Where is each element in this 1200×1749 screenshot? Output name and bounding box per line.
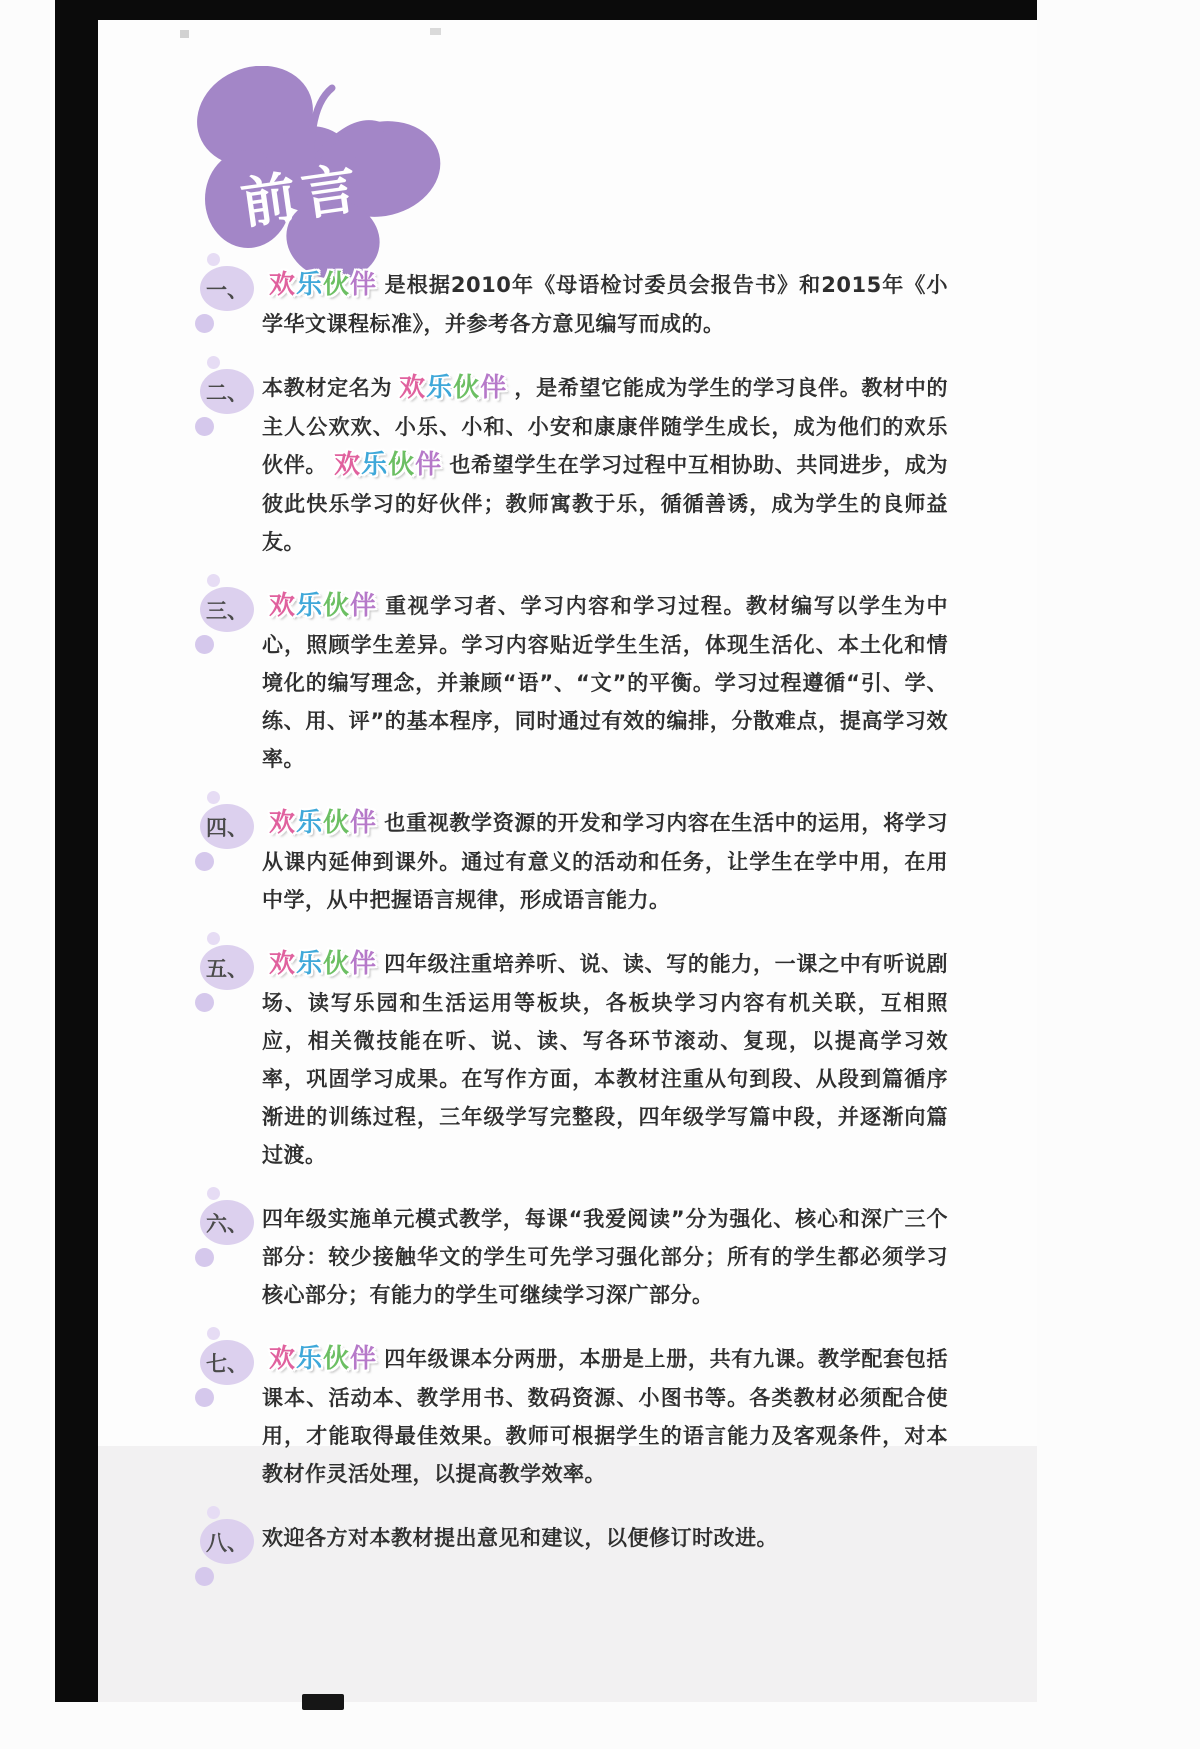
item-number-bubble-group: 四、 xyxy=(200,804,262,849)
item-number-bubble-group: 八、 xyxy=(200,1519,262,1564)
logo-char: 伴 xyxy=(350,949,377,979)
paragraph-text: 欢乐伙伴是根据2010年《母语检讨委员会报告书》和2015年《小学华文课程标准》… xyxy=(262,266,948,343)
scanned-page: 前言 一、欢乐伙伴是根据2010年《母语检讨委员会报告书》和2015年《小学华文… xyxy=(0,0,1200,1749)
bubble-dot-icon xyxy=(195,1248,214,1267)
item-number-bubble-group: 七、 xyxy=(200,1340,262,1385)
logo-char: 欢 xyxy=(269,270,296,300)
bubble-dot-icon xyxy=(195,417,214,436)
preface-item: 四、欢乐伙伴也重视教学资源的开发和学习内容在生活中的运用，将学习从课内延伸到课外… xyxy=(200,804,948,919)
butterfly-icon: 前言 xyxy=(178,66,508,284)
bubble-dot-icon xyxy=(207,791,220,804)
bubble-dot-icon xyxy=(195,852,214,871)
bubble-dot-icon xyxy=(195,314,214,333)
paragraph-text: 欢乐伙伴也重视教学资源的开发和学习内容在生活中的运用，将学习从课内延伸到课外。通… xyxy=(262,804,948,919)
logo-char: 伴 xyxy=(350,591,377,621)
item-number-bubble: 五、 xyxy=(200,945,254,990)
bubble-dot-icon xyxy=(195,1567,214,1586)
logo-char: 伴 xyxy=(350,1344,377,1374)
paragraph-text: 四年级实施单元模式教学，每课“我爱阅读”分为强化、核心和深广三个部分：较少接触华… xyxy=(262,1200,948,1314)
logo-char: 乐 xyxy=(296,949,323,979)
item-number-bubble: 一、 xyxy=(200,266,254,311)
huanle-huoban-logo: 欢乐伙伴 xyxy=(269,587,377,626)
preface-item: 七、欢乐伙伴四年级课本分两册，本册是上册，共有九课。教学配套包括课本、活动本、教… xyxy=(200,1340,948,1493)
bubble-dot-icon xyxy=(207,1187,220,1200)
bubble-dot-icon xyxy=(207,253,220,266)
item-number-bubble: 二、 xyxy=(200,369,254,414)
item-number-bubble-group: 二、 xyxy=(200,369,262,414)
huanle-huoban-logo: 欢乐伙伴 xyxy=(269,945,377,984)
item-number-bubble-group: 五、 xyxy=(200,945,262,990)
logo-char: 伙 xyxy=(323,1344,350,1374)
logo-char: 伙 xyxy=(453,373,480,403)
logo-char: 伴 xyxy=(480,373,507,403)
logo-char: 伴 xyxy=(350,270,377,300)
item-number-bubble-group: 一、 xyxy=(200,266,262,311)
logo-char: 乐 xyxy=(296,808,323,838)
preface-item: 一、欢乐伙伴是根据2010年《母语检讨委员会报告书》和2015年《小学华文课程标… xyxy=(200,266,948,343)
preface-list: 一、欢乐伙伴是根据2010年《母语检讨委员会报告书》和2015年《小学华文课程标… xyxy=(200,266,948,1590)
logo-char: 伙 xyxy=(323,270,350,300)
preface-item: 三、欢乐伙伴重视学习者、学习内容和学习过程。教材编写以学生为中心，照顾学生差异。… xyxy=(200,587,948,778)
paragraph-text: 欢乐伙伴四年级注重培养听、说、读、写的能力，一课之中有听说剧场、读写乐园和生活运… xyxy=(262,945,948,1174)
logo-char: 欢 xyxy=(334,450,361,480)
bubble-dot-icon xyxy=(207,1327,220,1340)
bubble-dot-icon xyxy=(195,1388,214,1407)
logo-char: 乐 xyxy=(296,1344,323,1374)
text-run: 四年级实施单元模式教学，每课“我爱阅读”分为强化、核心和深广三个部分：较少接触华… xyxy=(262,1207,948,1307)
bubble-dot-icon xyxy=(195,635,214,654)
bubble-dot-icon xyxy=(195,993,214,1012)
bubble-dot-icon xyxy=(207,574,220,587)
scan-artifact-bottom xyxy=(302,1694,344,1710)
logo-char: 伙 xyxy=(323,808,350,838)
logo-char: 欢 xyxy=(269,591,296,621)
item-number-bubble-group: 三、 xyxy=(200,587,262,632)
text-run: 四年级注重培养听、说、读、写的能力，一课之中有听说剧场、读写乐园和生活运用等板块… xyxy=(262,952,948,1167)
bubble-dot-icon xyxy=(207,356,220,369)
bubble-dot-icon xyxy=(207,1506,220,1519)
huanle-huoban-logo: 欢乐伙伴 xyxy=(334,446,442,485)
preface-item: 五、欢乐伙伴四年级注重培养听、说、读、写的能力，一课之中有听说剧场、读写乐园和生… xyxy=(200,945,948,1174)
scan-artifact-tick xyxy=(430,28,441,35)
logo-char: 伙 xyxy=(323,949,350,979)
preface-item: 八、欢迎各方对本教材提出意见和建议，以便修订时改进。 xyxy=(200,1519,948,1564)
logo-char: 欢 xyxy=(269,1344,296,1374)
logo-char: 乐 xyxy=(296,270,323,300)
text-run: 本教材定名为 xyxy=(262,376,392,400)
scan-artifact-tick xyxy=(180,30,189,38)
huanle-huoban-logo: 欢乐伙伴 xyxy=(399,369,507,408)
huanle-huoban-logo: 欢乐伙伴 xyxy=(269,804,377,843)
item-number-bubble: 七、 xyxy=(200,1340,254,1385)
paragraph-text: 欢乐伙伴四年级课本分两册，本册是上册，共有九课。教学配套包括课本、活动本、教学用… xyxy=(262,1340,948,1493)
butterfly-title-logo: 前言 xyxy=(178,66,508,284)
logo-char: 伙 xyxy=(388,450,415,480)
paragraph-text: 欢乐伙伴重视学习者、学习内容和学习过程。教材编写以学生为中心，照顾学生差异。学习… xyxy=(262,587,948,778)
paragraph-text: 本教材定名为欢乐伙伴，是希望它能成为学生的学习良伴。教材中的主人公欢欢、小乐、小… xyxy=(262,369,948,561)
logo-char: 欢 xyxy=(399,373,426,403)
logo-char: 伙 xyxy=(323,591,350,621)
preface-item: 六、四年级实施单元模式教学，每课“我爱阅读”分为强化、核心和深广三个部分：较少接… xyxy=(200,1200,948,1314)
item-number-bubble: 三、 xyxy=(200,587,254,632)
logo-char: 乐 xyxy=(361,450,388,480)
bubble-dot-icon xyxy=(207,932,220,945)
paragraph-text: 欢迎各方对本教材提出意见和建议，以便修订时改进。 xyxy=(262,1519,948,1557)
huanle-huoban-logo: 欢乐伙伴 xyxy=(269,1340,377,1379)
logo-char: 欢 xyxy=(269,949,296,979)
logo-char: 伴 xyxy=(350,808,377,838)
item-number-bubble: 六、 xyxy=(200,1200,254,1245)
logo-char: 伴 xyxy=(415,450,442,480)
text-run: 欢迎各方对本教材提出意见和建议，以便修订时改进。 xyxy=(262,1526,778,1550)
item-number-bubble-group: 六、 xyxy=(200,1200,262,1245)
huanle-huoban-logo: 欢乐伙伴 xyxy=(269,266,377,305)
scan-border-top xyxy=(98,0,1037,20)
item-number-bubble: 八、 xyxy=(200,1519,254,1564)
item-number-bubble: 四、 xyxy=(200,804,254,849)
preface-item: 二、本教材定名为欢乐伙伴，是希望它能成为学生的学习良伴。教材中的主人公欢欢、小乐… xyxy=(200,369,948,561)
logo-char: 乐 xyxy=(296,591,323,621)
logo-char: 乐 xyxy=(426,373,453,403)
logo-char: 欢 xyxy=(269,808,296,838)
scan-border-left xyxy=(55,0,98,1702)
